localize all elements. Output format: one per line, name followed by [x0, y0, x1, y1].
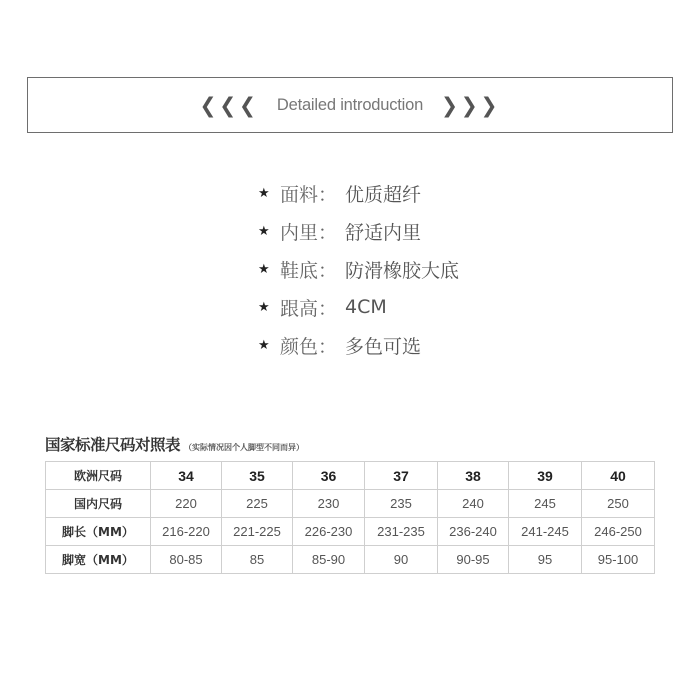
spec-separator: ： — [318, 218, 337, 245]
banner-title: Detailed introduction — [277, 96, 423, 115]
spec-key: 内里 — [280, 218, 318, 245]
table-cell: 225 — [222, 490, 293, 518]
spec-item-heel-height: ★ 跟高 ： 4CM — [258, 288, 459, 326]
spec-separator: ： — [318, 294, 337, 321]
spec-value: 舒适内里 — [345, 218, 421, 245]
table-row-foot-length: 脚长（MM） 216-220 221-225 226-230 231-235 2… — [46, 518, 655, 546]
table-cell: 95 — [509, 546, 582, 574]
table-cell: 90 — [365, 546, 438, 574]
row-label: 国内尺码 — [46, 490, 151, 518]
spec-value: 优质超纤 — [345, 180, 421, 207]
spec-separator: ： — [318, 180, 337, 207]
table-cell: 37 — [365, 462, 438, 490]
table-cell: 236-240 — [438, 518, 509, 546]
table-row-eu-size: 欧洲尺码 34 35 36 37 38 39 40 — [46, 462, 655, 490]
table-row-foot-width: 脚宽（MM） 80-85 85 85-90 90 90-95 95 95-100 — [46, 546, 655, 574]
product-spec-list: ★ 面料 ： 优质超纤 ★ 内里 ： 舒适内里 ★ 鞋底 ： 防滑橡胶大底 ★ … — [258, 174, 459, 364]
table-cell: 80-85 — [151, 546, 222, 574]
table-cell: 38 — [438, 462, 509, 490]
table-cell: 231-235 — [365, 518, 438, 546]
spec-separator: ： — [318, 256, 337, 283]
star-icon: ★ — [258, 224, 280, 239]
table-cell: 95-100 — [582, 546, 655, 574]
table-cell: 85-90 — [293, 546, 365, 574]
table-cell: 35 — [222, 462, 293, 490]
table-cell: 240 — [438, 490, 509, 518]
size-table-heading: 国家标准尺码对照表 （实际情况因个人脚型不同而异） — [45, 433, 304, 455]
triple-chevron-left-icon: ❮❮❮ — [200, 92, 259, 117]
row-label: 欧洲尺码 — [46, 462, 151, 490]
spec-value: 4CM — [345, 296, 387, 318]
table-cell: 85 — [222, 546, 293, 574]
table-cell: 235 — [365, 490, 438, 518]
spec-value: 防滑橡胶大底 — [345, 256, 459, 283]
table-cell: 90-95 — [438, 546, 509, 574]
table-cell: 226-230 — [293, 518, 365, 546]
spec-separator: ： — [318, 332, 337, 359]
spec-key: 鞋底 — [280, 256, 318, 283]
table-cell: 245 — [509, 490, 582, 518]
star-icon: ★ — [258, 300, 280, 315]
row-label: 脚宽（MM） — [46, 546, 151, 574]
star-icon: ★ — [258, 262, 280, 277]
table-cell: 221-225 — [222, 518, 293, 546]
star-icon: ★ — [258, 186, 280, 201]
triple-chevron-right-icon: ❯❯❯ — [441, 92, 500, 117]
table-row-cn-size: 国内尺码 220 225 230 235 240 245 250 — [46, 490, 655, 518]
spec-value: 多色可选 — [345, 332, 421, 359]
spec-key: 面料 — [280, 180, 318, 207]
table-cell: 250 — [582, 490, 655, 518]
table-cell: 246-250 — [582, 518, 655, 546]
table-cell: 40 — [582, 462, 655, 490]
row-label: 脚长（MM） — [46, 518, 151, 546]
spec-item-sole: ★ 鞋底 ： 防滑橡胶大底 — [258, 250, 459, 288]
size-table-title: 国家标准尺码对照表 — [45, 433, 180, 455]
table-cell: 230 — [293, 490, 365, 518]
spec-item-lining: ★ 内里 ： 舒适内里 — [258, 212, 459, 250]
table-cell: 216-220 — [151, 518, 222, 546]
table-cell: 34 — [151, 462, 222, 490]
size-table-note: （实际情况因个人脚型不同而异） — [184, 442, 304, 453]
table-cell: 36 — [293, 462, 365, 490]
spec-key: 跟高 — [280, 294, 318, 321]
table-cell: 241-245 — [509, 518, 582, 546]
spec-item-color: ★ 颜色 ： 多色可选 — [258, 326, 459, 364]
star-icon: ★ — [258, 338, 280, 353]
table-cell: 220 — [151, 490, 222, 518]
detailed-introduction-banner: ❮❮❮ Detailed introduction ❯❯❯ — [27, 77, 673, 133]
spec-key: 颜色 — [280, 332, 318, 359]
size-chart-table: 欧洲尺码 34 35 36 37 38 39 40 国内尺码 220 225 2… — [45, 461, 655, 574]
spec-item-material: ★ 面料 ： 优质超纤 — [258, 174, 459, 212]
table-cell: 39 — [509, 462, 582, 490]
